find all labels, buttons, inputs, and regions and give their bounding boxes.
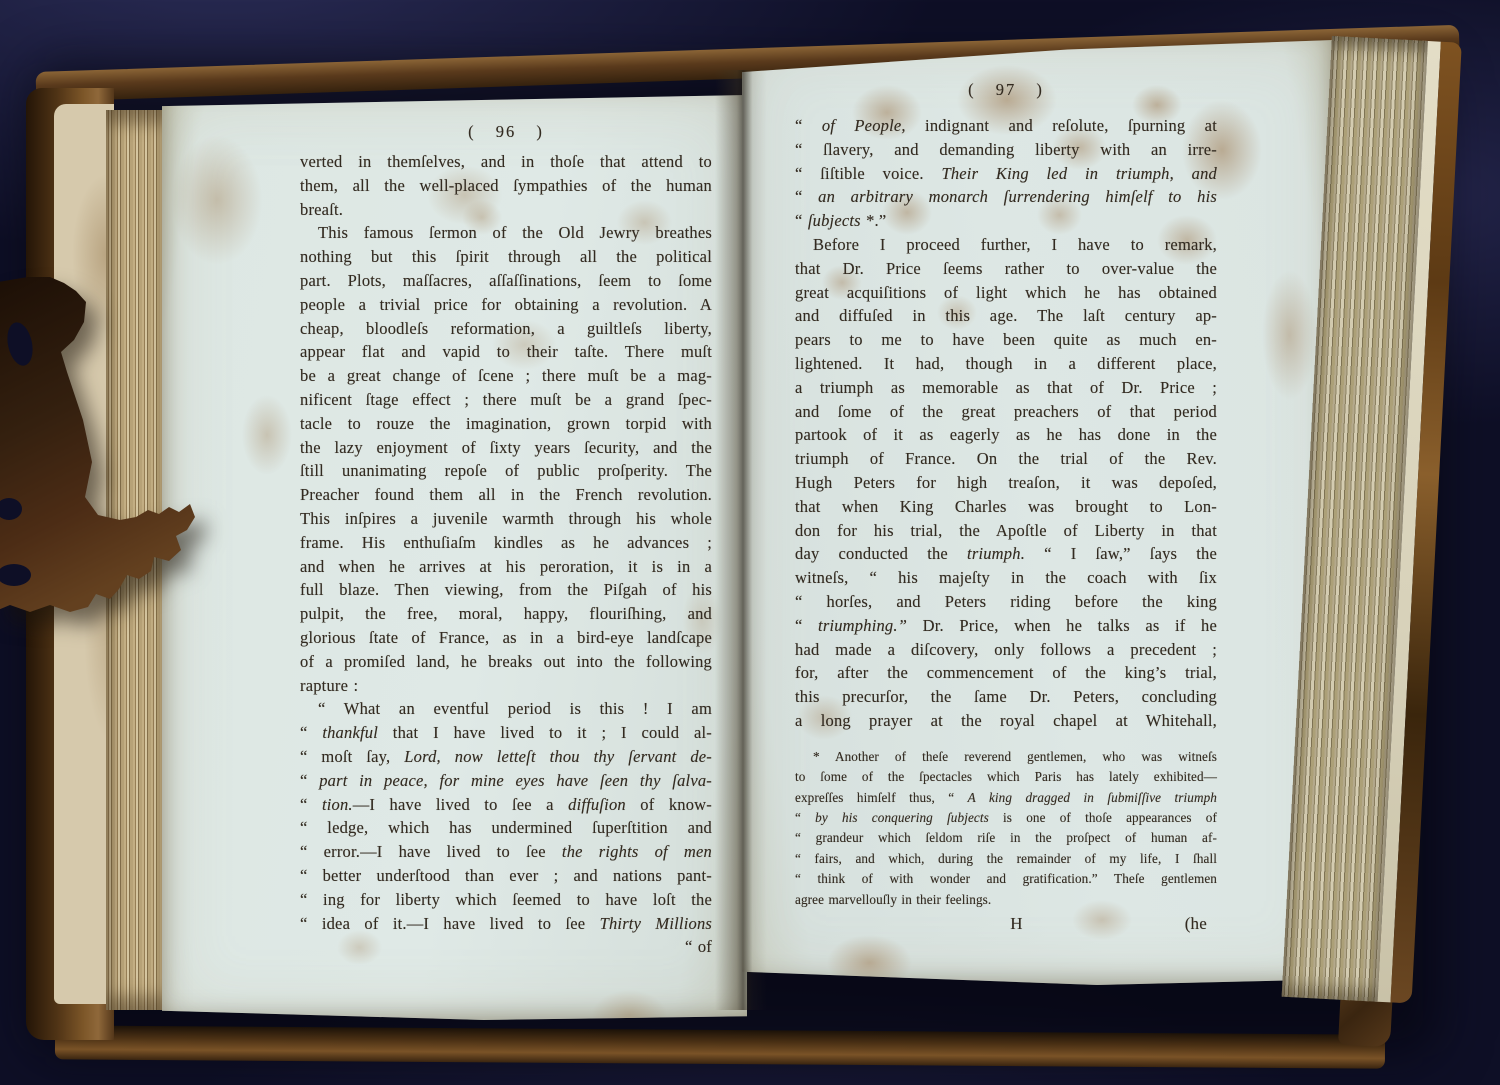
page-97: ( 97 ) “ of People, indignant and reſolu… [742,40,1334,985]
text-line: part. Plots, maſſacres, aſſaſſinations, … [300,269,712,293]
text-line: expreſſes himſelf thus, “ A king dragged… [795,788,1217,808]
text-line: “ thankful that I have lived to it ; I c… [300,721,712,745]
text-line: tacle to rouze the imagination, grown to… [300,412,712,436]
text-line: Before I proceed further, I have to rema… [795,233,1217,257]
text-line: pears to me to have been quite as much e… [795,328,1217,352]
text-line: Hugh Peters for high treaſon, it was dep… [795,471,1217,495]
text-line: “ What an eventful period is this ! I am [300,697,712,721]
text-line: agree marvellouſly in their feelings. [795,890,1217,910]
text-line: a long prayer at the royal chapel at Whi… [795,709,1217,733]
text-line: people a trivial price for obtaining a r… [300,293,712,317]
text-line: “ ſlavery, and demanding liberty with an… [795,138,1217,162]
text-line: be a great change of ſcene ; there muſt … [300,364,712,388]
text-line: of a promiſed land, he breaks out into t… [300,650,712,674]
page-96-text: ( 96 ) verted in themſelves, and in thoſ… [300,120,712,959]
text-line: the lazy enjoyment of ſixty years ſecuri… [300,436,712,460]
photo-background: ( 96 ) verted in themſelves, and in thoſ… [0,0,1500,1085]
text-line: “ grandeur which ſeldom riſe in the proſ… [795,828,1217,848]
text-line: “ horſes, and Peters riding before the k… [795,590,1217,614]
text-line: verted in themſelves, and in thoſe that … [300,150,712,174]
page-number-97: ( 97 ) [795,78,1217,102]
text-line: ſtill unanimating repoſe of public proſp… [300,459,712,483]
text-line: appear flat and vapid to their taſte. Th… [300,340,712,364]
text-line: “ by his conquering ſubjects is one of t… [795,808,1217,828]
gutter-shadow [715,70,767,1010]
page-96-lines: verted in themſelves, and in thoſe that … [300,150,712,959]
text-line: and when he arrives at his peroration, i… [300,555,712,579]
text-line: nothing but this ſpirit through all the … [300,245,712,269]
metal-clasp [0,272,203,617]
text-line: witneſs, “ his majeſty in the coach with… [795,566,1217,590]
text-line: “ ledge, which has undermined ſuperſtiti… [300,816,712,840]
text-line: them, all the well-placed ſympathies of … [300,174,712,198]
page-96: ( 96 ) verted in themſelves, and in thoſ… [162,95,747,1020]
text-line: “ triumphing.” Dr. Price, when he talks … [795,614,1217,638]
page-97-text: ( 97 ) “ of People, indignant and reſolu… [795,78,1217,936]
text-line: frame. His enthuſiaſm kindles as he adva… [300,531,712,555]
text-line: breaſt. [300,198,712,222]
text-line: for, after the commencement of the king’… [795,661,1217,685]
text-line: and ſome of the great preachers of that … [795,400,1217,424]
text-line: “ fairs, and which, during the remainder… [795,849,1217,869]
text-line: day conducted the triumph. “ I ſaw,” ſay… [795,542,1217,566]
text-line: that when King Charles was brought to Lo… [795,495,1217,519]
text-line: rapture : [300,674,712,698]
text-line: This famous ſermon of the Old Jewry brea… [300,221,712,245]
text-line: that Dr. Price ſeems rather to over-valu… [795,257,1217,281]
text-line: pulpit, the free, moral, happy, flouriſh… [300,602,712,626]
text-line: this precurſor, the ſame Dr. Peters, con… [795,685,1217,709]
signature-mark: H [1010,912,1022,936]
text-line: “ an arbitrary monarch ſurrendering himſ… [795,185,1217,209]
text-line: to ſome of the ſpectacles which Paris ha… [795,767,1217,787]
text-line: “ error.—I have lived to ſee the rights … [300,840,712,864]
text-line: “ tion.—I have lived to ſee a diffuſion … [300,793,712,817]
text-line: This inſpires a juvenile warmth through … [300,507,712,531]
text-line: “ part in peace, for mine eyes have ſeen… [300,769,712,793]
page-number-96: ( 96 ) [300,120,712,144]
text-line: “ ſubjects *.” [795,209,1217,233]
text-line: and diffuſed in this age. The laſt centu… [795,304,1217,328]
signature-line: H (he [795,912,1217,936]
text-line: “ of People, indignant and reſolute, ſpu… [795,114,1217,138]
footnote: * Another of theſe reverend gentlemen, w… [795,747,1217,910]
text-line: nificent ſtage effect ; there muſt be a … [300,388,712,412]
text-line: lightened. It had, though in a different… [795,352,1217,376]
text-line: Preacher found them all in the French re… [300,483,712,507]
text-line: partook of it as eagerly as he has done … [795,423,1217,447]
text-line: don for his trial, the Apoſtle of Libert… [795,519,1217,543]
text-line: a triumph as memorable as that of Dr. Pr… [795,376,1217,400]
text-line: glorious ſtate of France, as in a bird-e… [300,626,712,650]
text-line: had made a diſcovery, only follows a pre… [795,638,1217,662]
text-line: “ moſt ſay, Lord, now letteſt thou thy ſ… [300,745,712,769]
text-line: “ better underſtood than ever ; and nati… [300,864,712,888]
text-line: “ idea of it.—I have lived to ſee Thirty… [300,912,712,936]
catchword: (he [1185,912,1217,936]
text-line: cheap, bloodleſs reformation, a guiltleſ… [300,317,712,341]
text-line: great acquiſitions of light which he has… [795,281,1217,305]
text-line: full blaze. Then viewing, from the Piſga… [300,578,712,602]
text-line: “ ſiſtible voice. Their King led in triu… [795,162,1217,186]
text-line: “ of [300,935,712,959]
text-line: “ think of with wonder and gratification… [795,869,1217,889]
page-97-lines: “ of People, indignant and reſolute, ſpu… [795,114,1217,733]
text-line: * Another of theſe reverend gentlemen, w… [795,747,1217,767]
text-line: triumph of France. On the trial of the R… [795,447,1217,471]
text-line: “ ing for liberty which ſeemed to have l… [300,888,712,912]
